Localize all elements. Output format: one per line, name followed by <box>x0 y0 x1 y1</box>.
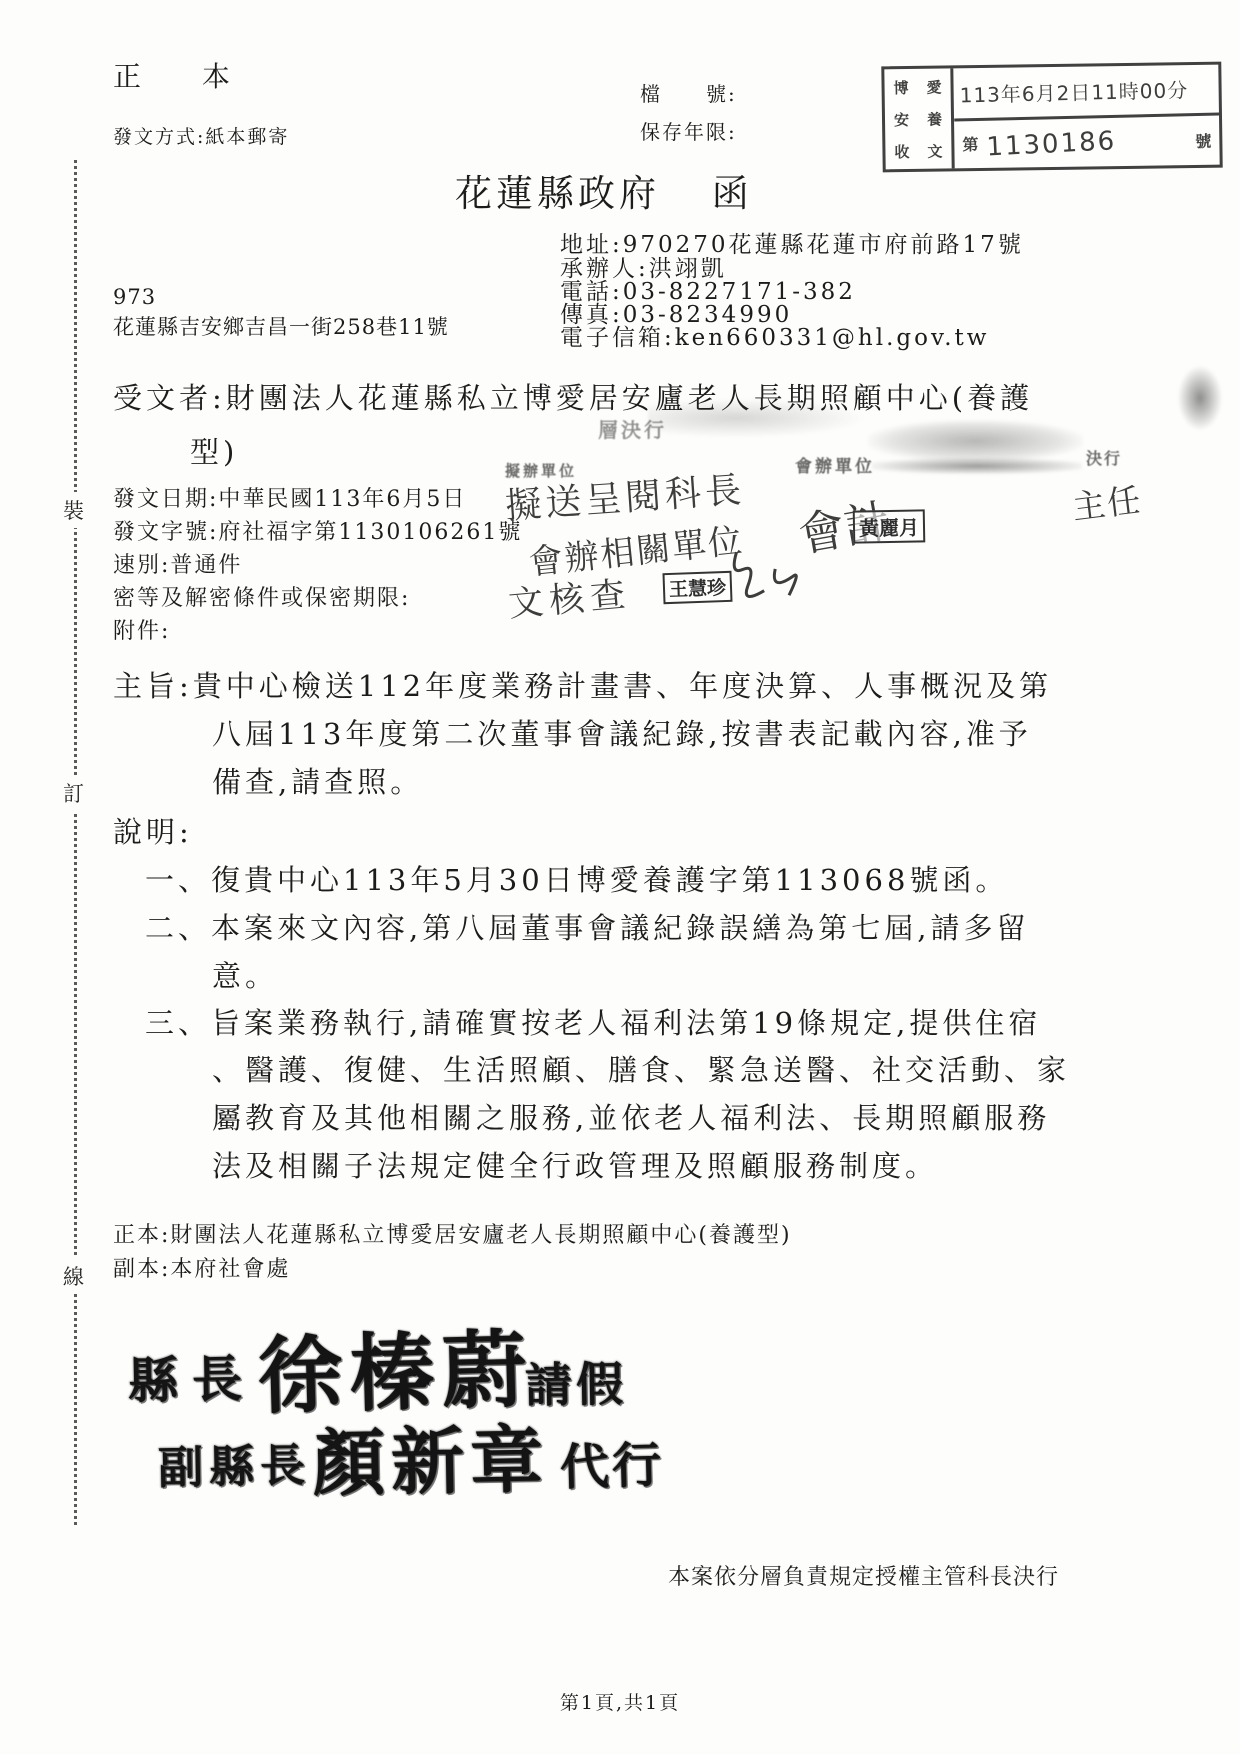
explanation-item-continuation: 屬教育及其他相關之服務,並依老人福利法、長期照顧服務 <box>212 1096 1050 1137</box>
explanation-item: 三、旨案業務執行,請確實按老人福利法第19條規定,提供住宿 <box>145 1001 1041 1042</box>
subject-line: 八屆113年度第二次董事會議紀錄,按書表記載內容,准予 <box>212 712 1032 753</box>
issue-date: 發文日期:中華民國113年6月5日 <box>113 482 466 513</box>
binding-mark-xian: 線 <box>62 1258 85 1294</box>
file-number-label: 檔 號: <box>640 78 737 107</box>
retention-period-label: 保存年限: <box>640 116 737 145</box>
receipt-number-suffix: 號 <box>1195 129 1211 152</box>
secrecy-class: 密等及解密條件或保密期限: <box>113 581 410 612</box>
binding-mark-ding: 訂 <box>62 775 85 811</box>
receipt-stamp-org-char: 收 <box>894 140 909 161</box>
deputy-name-stamp: 顏新章 <box>311 1401 550 1510</box>
binding-dotted-line <box>74 160 77 1525</box>
document-number: 發文字號:府社福字第1130106261號 <box>113 515 522 546</box>
recipient-postal-code: 973 <box>113 285 156 309</box>
delegation-note: 本案依分層負責規定授權主管科長決行 <box>668 1560 1059 1591</box>
attachment-label: 附件: <box>113 614 170 645</box>
explanation-heading: 說明: <box>113 810 193 851</box>
reviewer-name-stamp: 王慧珍 <box>662 571 732 604</box>
explanation-item: 一、復貴中心113年5月30日博愛養護字第113068號函。 <box>145 858 1008 899</box>
receipt-stamp-org-char: 博 <box>893 77 908 98</box>
decision-label: 決行 <box>1086 446 1122 469</box>
copy-type-label: 正 本 <box>113 55 256 95</box>
accountant-name-stamp: 黃麗月 <box>853 509 926 543</box>
receipt-stamp-org-char: 安 <box>894 108 909 129</box>
magistrate-title-stamp: 縣長 <box>127 1339 256 1413</box>
receipt-stamp-org: 博 愛 安 養 收 文 <box>884 68 954 169</box>
deputy-status-stamp: 代行 <box>559 1427 665 1500</box>
toner-smudge <box>868 420 1083 462</box>
receipt-stamp-org-char: 文 <box>927 140 942 161</box>
explanation-item-continuation: 意。 <box>212 954 278 995</box>
recipient-line1: 受文者:財團法人花蓮縣私立博愛居安廬老人長期照顧中心(養護 <box>113 376 1033 417</box>
director-signature: 主任 <box>1069 474 1144 529</box>
receipt-stamp: 博 愛 安 養 收 文 113年6月2日11時00分 第 1130186 號 <box>881 62 1222 173</box>
binding-mark-zhuang: 裝 <box>62 492 85 528</box>
page-number: 第1頁,共1頁 <box>0 1688 1240 1715</box>
distribution-original: 正本:財團法人花蓮縣私立博愛居安廬老人長期照顧中心(養護型) <box>113 1218 792 1249</box>
sender-email: 電子信箱:ken660331@hl.gov.tw <box>560 319 989 352</box>
receipt-stamp-org-char: 愛 <box>926 76 941 97</box>
toner-smudge-underline <box>872 458 1082 474</box>
subject-line: 備查,請查照。 <box>212 760 423 801</box>
signature-squiggle <box>724 535 813 615</box>
receipt-number-prefix: 第 <box>962 132 978 155</box>
receipt-stamp-org-char: 養 <box>927 108 942 129</box>
explanation-item-continuation: 法及相關子法規定健全行政管理及照顧服務制度。 <box>212 1144 938 1185</box>
document-page: 裝 訂 線 正 本 發文方式:紙本郵寄 檔 號: 保存年限: 博 愛 安 養 收… <box>0 0 1240 1754</box>
delivery-method-label: 發文方式:紙本郵寄 <box>113 122 289 149</box>
explanation-item: 二、本案來文內容,第八屆董事會議紀錄誤繕為第七屆,請多留 <box>145 906 1029 947</box>
issuer-title: 花蓮縣政府 <box>455 172 660 215</box>
review-routing-scribble: 文核查 <box>506 567 633 628</box>
document-type: 函 <box>712 172 753 215</box>
speed-class: 速別:普通件 <box>113 548 242 579</box>
faint-echo-mark: 層決行 <box>598 414 667 443</box>
receipt-number: 1130186 <box>986 122 1196 162</box>
receipt-stamp-date: 113年6月2日11時00分 <box>953 64 1219 121</box>
subject-line: 主旨:貴中心檢送112年度業務計畫書、年度決算、人事概況及第 <box>113 664 1052 705</box>
deputy-title-stamp: 副縣長 <box>157 1429 311 1497</box>
recipient-street-address: 花蓮縣吉安鄉吉昌一街258巷11號 <box>113 311 449 341</box>
co-unit-label: 會辦單位 <box>795 452 875 477</box>
explanation-item-continuation: 、醫護、復健、生活照顧、膳食、緊急送醫、社交活動、家 <box>212 1048 1070 1089</box>
toner-blotch <box>1178 366 1222 430</box>
distribution-copy: 副本:本府社會處 <box>113 1252 290 1283</box>
recipient-line2: 型) <box>190 430 238 471</box>
